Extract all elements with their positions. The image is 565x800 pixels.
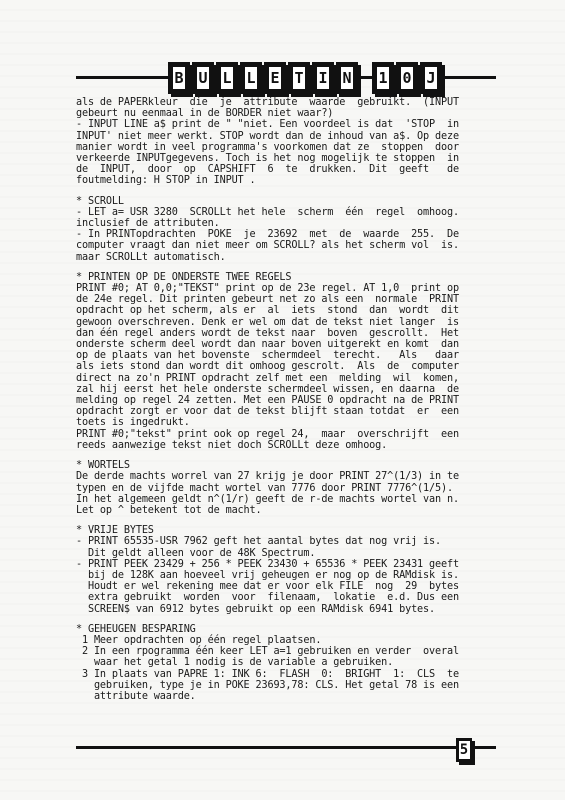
paragraph-gap bbox=[76, 516, 496, 525]
text-line: inclusief de attributen. bbox=[76, 218, 496, 229]
text-line: direct na zo'n PRINT opdracht zelf met e… bbox=[76, 373, 496, 384]
text-line: reeds aanwezige tekst niet doch SCROLLt … bbox=[76, 440, 496, 451]
logo-tile: I bbox=[312, 62, 334, 94]
text-line: 3 In plaats van PAPRE 1: INK 6: FLASH 0:… bbox=[76, 669, 496, 680]
text-line: onderste scherm deel wordt dan naar bove… bbox=[76, 339, 496, 350]
section-heading: * SCROLL bbox=[76, 196, 496, 207]
text-line: INPUT' niet meer werkt. STOP wordt dan d… bbox=[76, 131, 496, 142]
logo-letter: I bbox=[317, 67, 329, 89]
page-number: 5 bbox=[459, 741, 470, 759]
text-line: 2 In een rpogramma één keer LET a=1 gebr… bbox=[76, 646, 496, 657]
logo-letter: E bbox=[269, 67, 281, 89]
text-line: extra gebruikt worden voor filenaam, lok… bbox=[76, 592, 496, 603]
logo-letter: B bbox=[173, 67, 185, 89]
text-line: computer vraagt dan niet meer om SCROLL?… bbox=[76, 240, 496, 251]
text-line: bij de 128K aan hoeveel vrij geheugen er… bbox=[76, 570, 496, 581]
text-line: In het algemeen geldt n^(1/r) geeft de r… bbox=[76, 494, 496, 505]
logo-letter: 0 bbox=[401, 67, 413, 89]
bulletin-logo: BULLETIN10J bbox=[168, 62, 442, 94]
text-line: gebeurt nu eenmaal in de BORDER niet waa… bbox=[76, 108, 496, 119]
bulletin-header: BULLETIN10J bbox=[76, 62, 496, 98]
section-heading: * WORTELS bbox=[76, 460, 496, 471]
text-line: Dit geldt alleen voor de 48K Spectrum. bbox=[76, 548, 496, 559]
paragraph-gap bbox=[76, 615, 496, 624]
paragraph-gap bbox=[76, 451, 496, 460]
text-line: Let op ^ betekent tot de macht. bbox=[76, 505, 496, 516]
footer-rule bbox=[76, 746, 496, 749]
text-line: SCREEN$ van 6912 bytes gebruikt op een R… bbox=[76, 604, 496, 615]
article-body: als de PAPERkleur die je attribute waard… bbox=[76, 97, 496, 702]
logo-tile: U bbox=[192, 62, 214, 94]
text-line: 1 Meer opdrachten op één regel plaatsen. bbox=[76, 635, 496, 646]
text-line: op de plaats van het bovenste schermdeel… bbox=[76, 350, 496, 361]
text-line: opdracht op het scherm, als er al iets s… bbox=[76, 305, 496, 316]
logo-tile: E bbox=[264, 62, 286, 94]
logo-letter: U bbox=[197, 67, 209, 89]
text-line: dan één regel anders wordt de tekst naar… bbox=[76, 328, 496, 339]
text-line: de INPUT, door op CAPSHIFT 6 te drukken.… bbox=[76, 164, 496, 175]
text-line: attribute waarde. bbox=[76, 691, 496, 702]
text-line: opdracht zorgt er voor dat de tekst blij… bbox=[76, 406, 496, 417]
text-line: manier wordt in veel programma's voorkom… bbox=[76, 142, 496, 153]
text-line: melding op regel 24 zetten. Met een PAUS… bbox=[76, 395, 496, 406]
text-line: foutmelding: H STOP in INPUT . bbox=[76, 175, 496, 186]
logo-spacer bbox=[360, 62, 370, 94]
text-line: maar SCROLLt automatisch. bbox=[76, 252, 496, 263]
text-line: verkeerde INPUTgegevens. Toch is het nog… bbox=[76, 153, 496, 164]
paragraph-gap bbox=[76, 263, 496, 272]
logo-tile: L bbox=[240, 62, 262, 94]
logo-letter: L bbox=[221, 67, 233, 89]
text-line: De derde machts worrel van 27 krijg je d… bbox=[76, 471, 496, 482]
text-line: als iets stond dan wordt dit omhoog gesc… bbox=[76, 361, 496, 372]
text-line: - LET a= USR 3280 SCROLLt het hele scher… bbox=[76, 207, 496, 218]
logo-tile: L bbox=[216, 62, 238, 94]
text-line: zal hij eerst het hele onderste schermde… bbox=[76, 384, 496, 395]
text-line: toets is ingedrukt. bbox=[76, 417, 496, 428]
logo-number-tile: J bbox=[420, 62, 442, 94]
section-heading: * GEHEUGEN BESPARING bbox=[76, 624, 496, 635]
paragraph-gap bbox=[76, 187, 496, 196]
logo-number-tile: 0 bbox=[396, 62, 418, 94]
logo-tile: N bbox=[336, 62, 358, 94]
text-line: - In PRINTopdrachten POKE je 23692 met d… bbox=[76, 229, 496, 240]
text-line: gebruiken, type je in POKE 23693,78: CLS… bbox=[76, 680, 496, 691]
text-line: de 24e regel. Dit printen gebeurt net zo… bbox=[76, 294, 496, 305]
logo-letter: 1 bbox=[377, 67, 389, 89]
logo-letter: J bbox=[425, 67, 437, 89]
text-line: als de PAPERkleur die je attribute waard… bbox=[76, 97, 496, 108]
logo-letter: L bbox=[245, 67, 257, 89]
text-line: PRINT #0;"tekst" print ook op regel 24, … bbox=[76, 429, 496, 440]
text-line: - INPUT LINE a$ print de " "niet. Een vo… bbox=[76, 119, 496, 130]
section-heading: * PRINTEN OP DE ONDERSTE TWEE REGELS bbox=[76, 272, 496, 283]
logo-number-tile: 1 bbox=[372, 62, 394, 94]
text-line: typen en de vijfde macht wortel van 7776… bbox=[76, 483, 496, 494]
text-line: - PRINT 65535-USR 7962 geft het aantal b… bbox=[76, 536, 496, 547]
text-line: Houdt er wel rekening mee dat er voor el… bbox=[76, 581, 496, 592]
text-line: waar het getal 1 nodig is de variable a … bbox=[76, 657, 496, 668]
page-number-badge: 5 bbox=[456, 738, 472, 762]
text-line: PRINT #0; AT 0,0;"TEKST" print op de 23e… bbox=[76, 283, 496, 294]
text-line: gewoon overschreven. Denk er wel om dat … bbox=[76, 317, 496, 328]
logo-tile: B bbox=[168, 62, 190, 94]
logo-tile: T bbox=[288, 62, 310, 94]
page-footer: 5 bbox=[76, 738, 496, 768]
text-line: - PRINT PEEK 23429 + 256 * PEEK 23430 + … bbox=[76, 559, 496, 570]
logo-letter: N bbox=[341, 67, 353, 89]
section-heading: * VRIJE BYTES bbox=[76, 525, 496, 536]
logo-letter: T bbox=[293, 67, 305, 89]
